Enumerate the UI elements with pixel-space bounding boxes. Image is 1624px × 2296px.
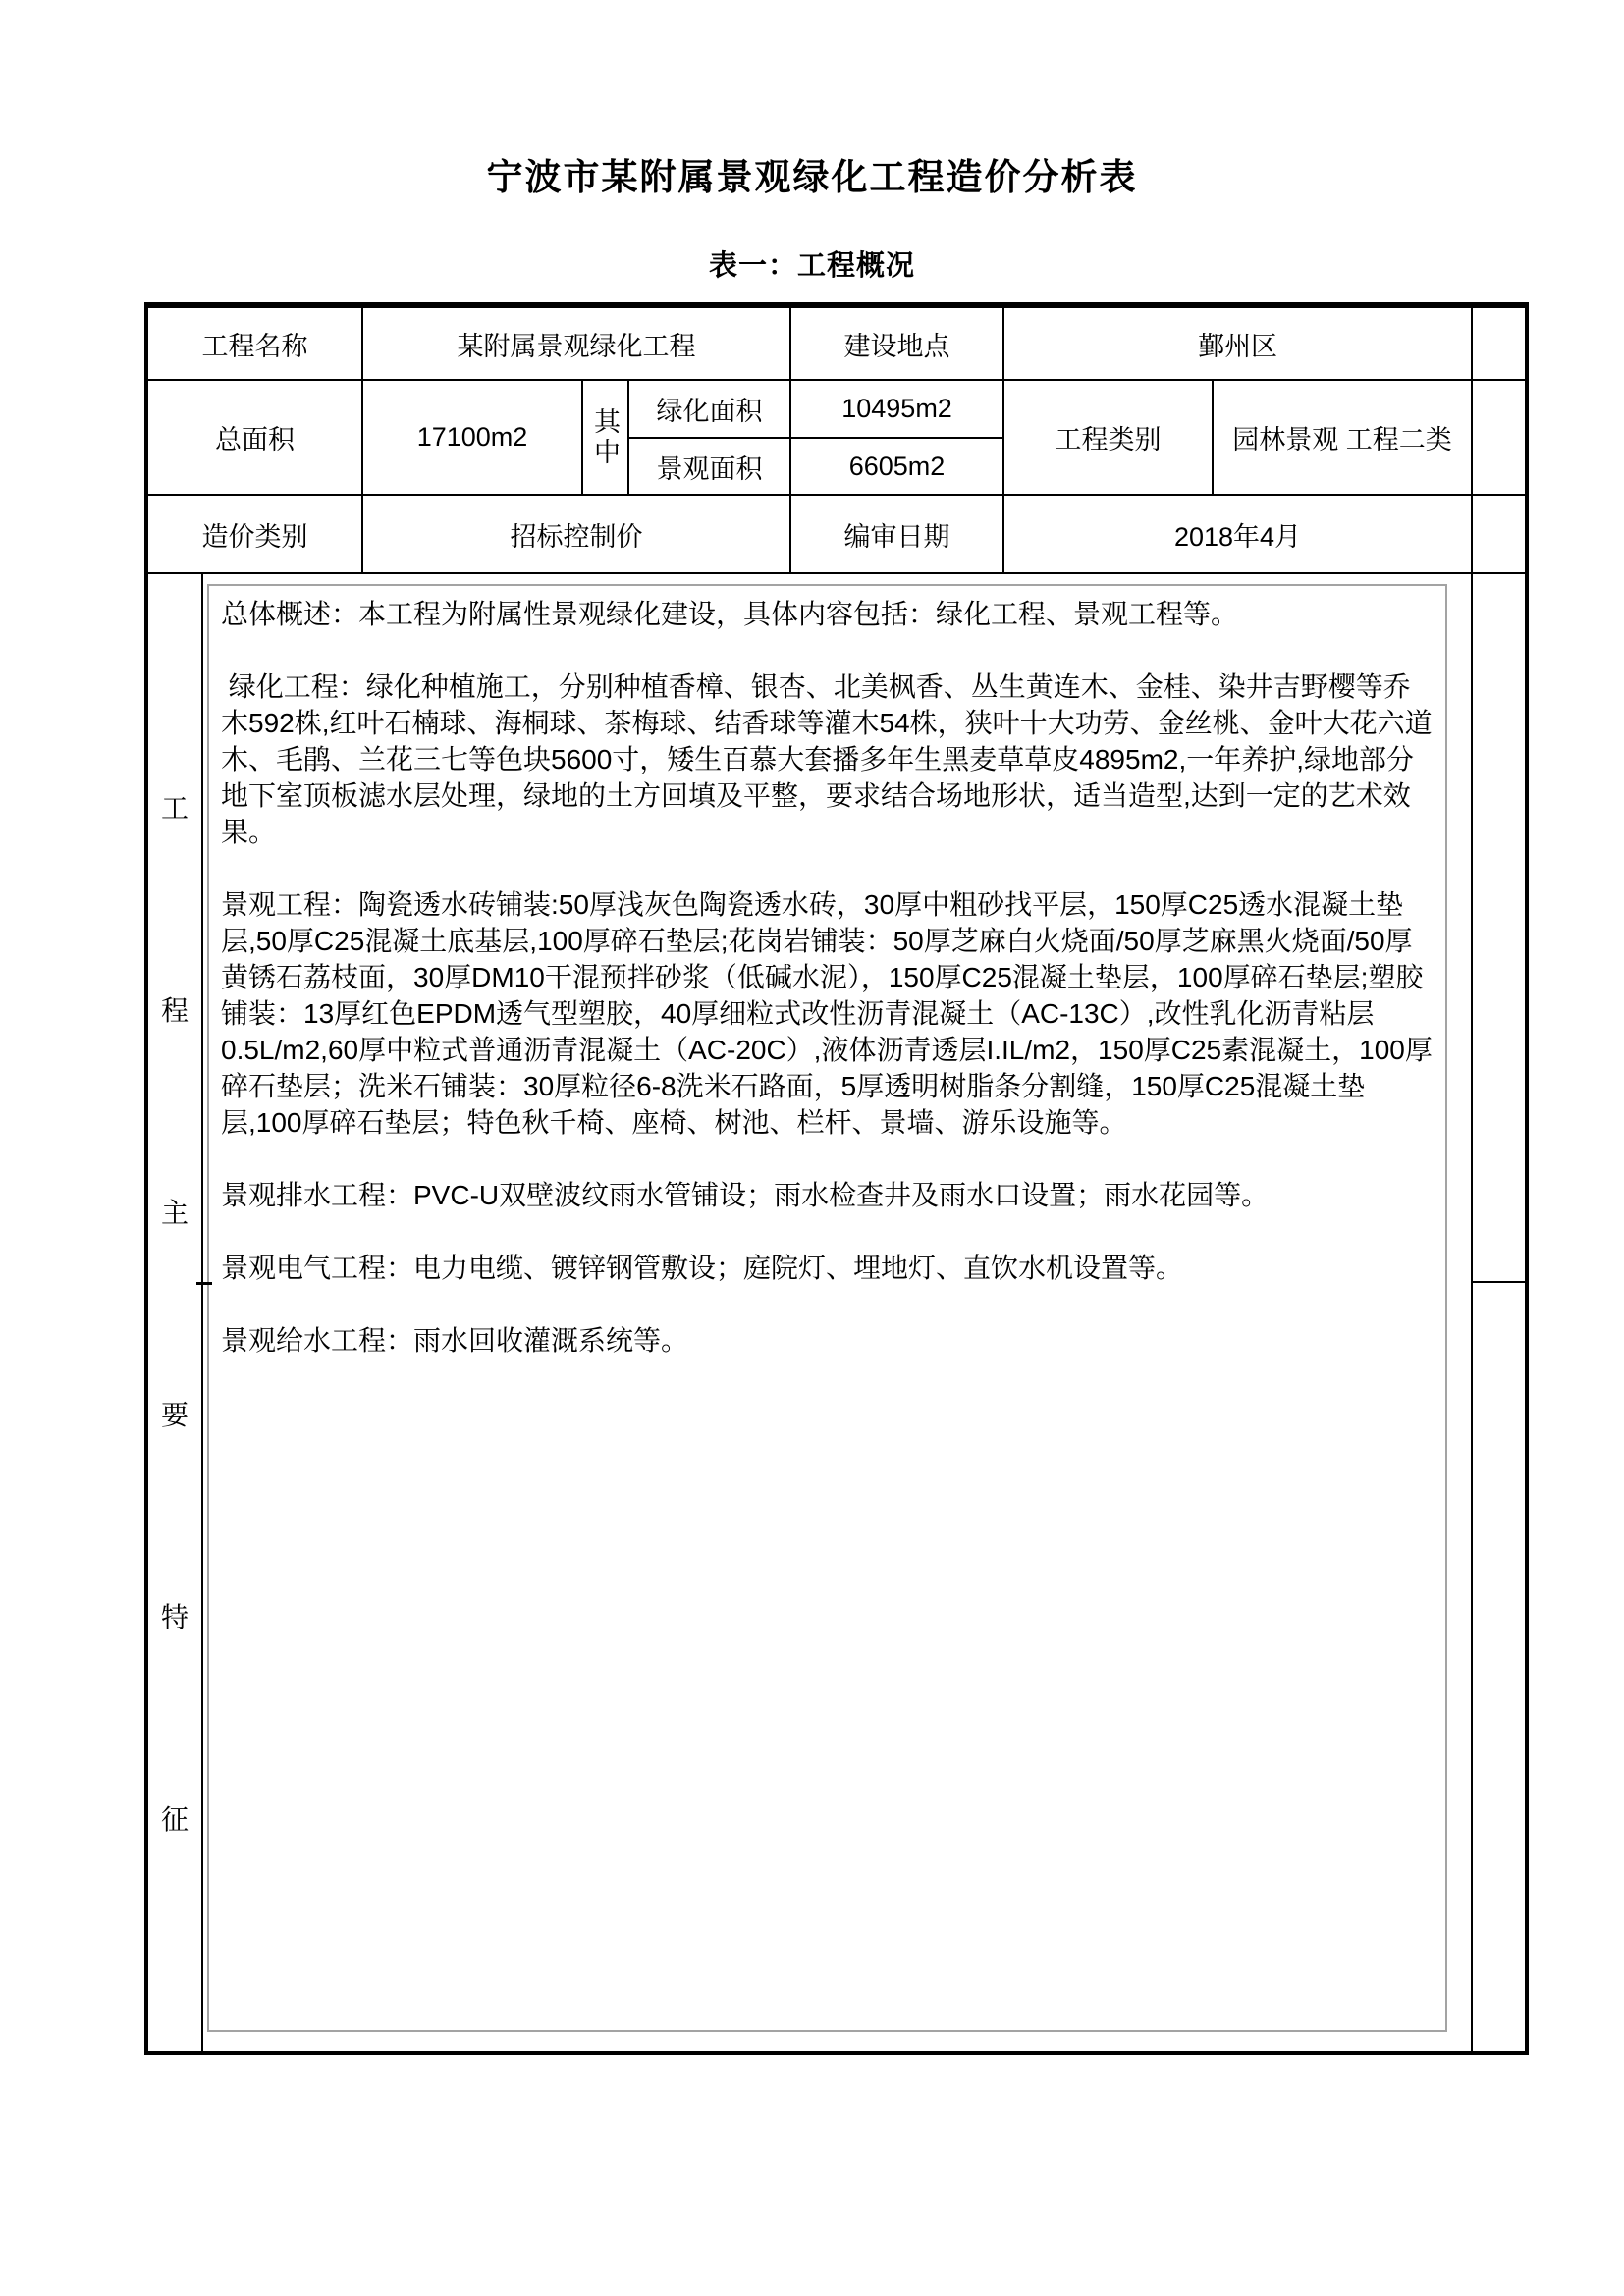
side-label-char: 特	[161, 1596, 189, 1635]
among-label: 其中	[582, 380, 628, 495]
spacer-cell	[1472, 1282, 1527, 2053]
green-area-label: 绿化面积	[628, 380, 790, 438]
project-name-value: 某附属景观绿化工程	[362, 305, 790, 380]
project-class-value: 园林景观 工程二类	[1213, 380, 1472, 495]
table-row: 总面积 17100m2 其中 绿化面积 10495m2 工程类别 园林景观 工程…	[146, 380, 1527, 438]
side-label-char: 程	[161, 989, 189, 1029]
total-area-label: 总面积	[146, 380, 362, 495]
table-row: 工 程 主 要 特 征 总体概述：本工程为附属性景观绿化建设，具体内容包括：绿化…	[146, 573, 1527, 1282]
page-subtitle: 表一：工程概况	[0, 243, 1624, 284]
cost-type-label: 造价类别	[146, 495, 362, 573]
project-overview-table: 工程名称 某附属景观绿化工程 建设地点 鄞州区 总面积 17100m2 其中 绿…	[144, 302, 1529, 2055]
feature-paragraph-water-supply: 景观给水工程：雨水回收灌溉系统等。	[221, 1322, 1434, 1359]
review-date-value: 2018年4月	[1003, 495, 1472, 573]
feature-paragraph-overview: 总体概述：本工程为附属性景观绿化建设，具体内容包括：绿化工程、景观工程等。	[221, 596, 1434, 632]
total-area-value: 17100m2	[362, 380, 582, 495]
spacer-cell	[1472, 573, 1527, 1282]
cost-type-value: 招标控制价	[362, 495, 790, 573]
side-label-char: 主	[161, 1192, 189, 1231]
feature-paragraph-electrical: 景观电气工程：电力电缆、镀锌钢管敷设；庭院灯、埋地灯、直饮水机设置等。	[221, 1250, 1434, 1286]
features-content-cell: 总体概述：本工程为附属性景观绿化建设，具体内容包括：绿化工程、景观工程等。 绿化…	[202, 573, 1472, 2053]
location-label: 建设地点	[790, 305, 1003, 380]
project-class-label: 工程类别	[1003, 380, 1213, 495]
side-label-char: 征	[161, 1798, 189, 1838]
spacer-cell	[1472, 495, 1527, 573]
among-label-text: 其中	[586, 407, 624, 468]
review-date-label: 编审日期	[790, 495, 1003, 573]
features-side-label-stack: 工 程 主 要 特 征	[148, 787, 201, 1838]
feature-paragraph-landscape: 景观工程：陶瓷透水砖铺装:50厚浅灰色陶瓷透水砖，30厚中粗砂找平层，150厚C…	[221, 886, 1434, 1141]
feature-paragraph-greening: 绿化工程：绿化种植施工，分别种植香樟、银杏、北美枫香、丛生黄连木、金桂、染井吉野…	[221, 668, 1434, 850]
project-name-label: 工程名称	[146, 305, 362, 380]
landscape-area-label: 景观面积	[628, 438, 790, 495]
spacer-cell	[1472, 305, 1527, 380]
features-text-box: 总体概述：本工程为附属性景观绿化建设，具体内容包括：绿化工程、景观工程等。 绿化…	[207, 584, 1447, 2032]
side-label-char: 要	[161, 1394, 189, 1433]
page-title: 宁波市某附属景观绿化工程造价分析表	[0, 147, 1624, 200]
row-divider-tick	[196, 1282, 212, 1285]
document-page: 宁波市某附属景观绿化工程造价分析表 表一：工程概况 工程名称 某附属景观绿化工程…	[0, 0, 1624, 2296]
green-area-value: 10495m2	[790, 380, 1003, 438]
features-side-label: 工 程 主 要 特 征	[146, 573, 202, 2053]
side-label-char: 工	[161, 787, 189, 827]
feature-paragraph-drainage: 景观排水工程：PVC-U双壁波纹雨水管铺设；雨水检查井及雨水口设置；雨水花园等。	[221, 1177, 1434, 1213]
location-value: 鄞州区	[1003, 305, 1472, 380]
spacer-cell	[1472, 380, 1527, 495]
landscape-area-value: 6605m2	[790, 438, 1003, 495]
table-row: 工程名称 某附属景观绿化工程 建设地点 鄞州区	[146, 305, 1527, 380]
table-row: 造价类别 招标控制价 编审日期 2018年4月	[146, 495, 1527, 573]
